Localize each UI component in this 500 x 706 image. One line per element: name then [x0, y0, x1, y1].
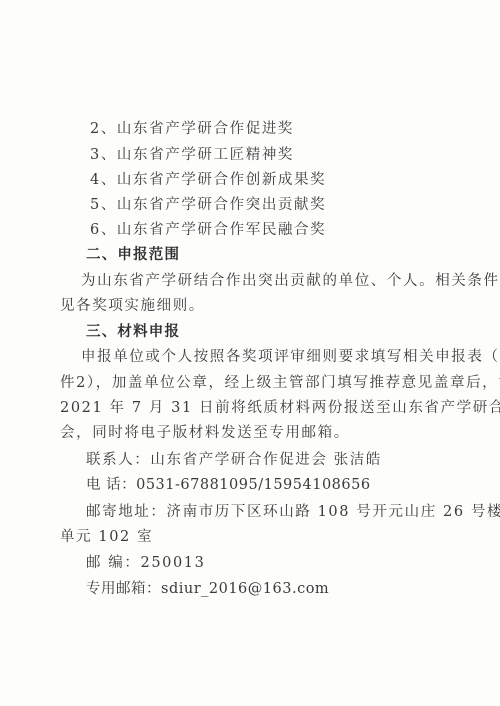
award-item-2: 2、山东省产学研合作促进奖	[90, 119, 294, 139]
section-heading-scope: 二、申报范围	[86, 245, 180, 265]
materials-paragraph-line-2: 件2），加盖单位公章，经上级主管部门填写推荐意见盖章后，请于	[60, 373, 500, 393]
scope-paragraph-line-1: 为山东省产学研结合作出突出贡献的单位、个人。相关条件详	[81, 271, 500, 291]
section-heading-materials: 三、材料申报	[86, 322, 180, 342]
contact-phone: 电 话：0531-67881095/15954108656	[86, 475, 371, 495]
award-item-3: 3、山东省产学研工匠精神奖	[90, 145, 294, 165]
document-page: 2、山东省产学研合作促进奖 3、山东省产学研工匠精神奖 4、山东省产学研合作创新…	[0, 0, 500, 706]
contact-email: 专用邮箱：sdiur_2016@163.com	[86, 579, 329, 599]
contact-postcode: 邮 编：250013	[86, 553, 205, 573]
award-item-6: 6、山东省产学研合作军民融合奖	[90, 220, 326, 240]
contact-address-line-2: 单元 102 室	[60, 527, 153, 547]
contact-address-line-1: 邮寄地址：济南市历下区环山路 108 号开元山庄 26 号楼 3	[86, 502, 500, 522]
materials-paragraph-line-3: 2021 年 7 月 31 日前将纸质材料两份报送至山东省产学研合作促进	[60, 398, 500, 418]
materials-paragraph-line-1: 申报单位或个人按照各奖项评审细则要求填写相关申报表（附	[81, 347, 500, 367]
materials-paragraph-line-4: 会，同时将电子版材料发送至专用邮箱。	[60, 423, 350, 443]
scope-paragraph-line-2: 见各奖项实施细则。	[60, 296, 205, 316]
contact-person: 联系人：山东省产学研合作促进会 张洁皓	[86, 450, 382, 470]
award-item-5: 5、山东省产学研合作突出贡献奖	[90, 195, 326, 215]
award-item-4: 4、山东省产学研合作创新成果奖	[90, 170, 326, 190]
